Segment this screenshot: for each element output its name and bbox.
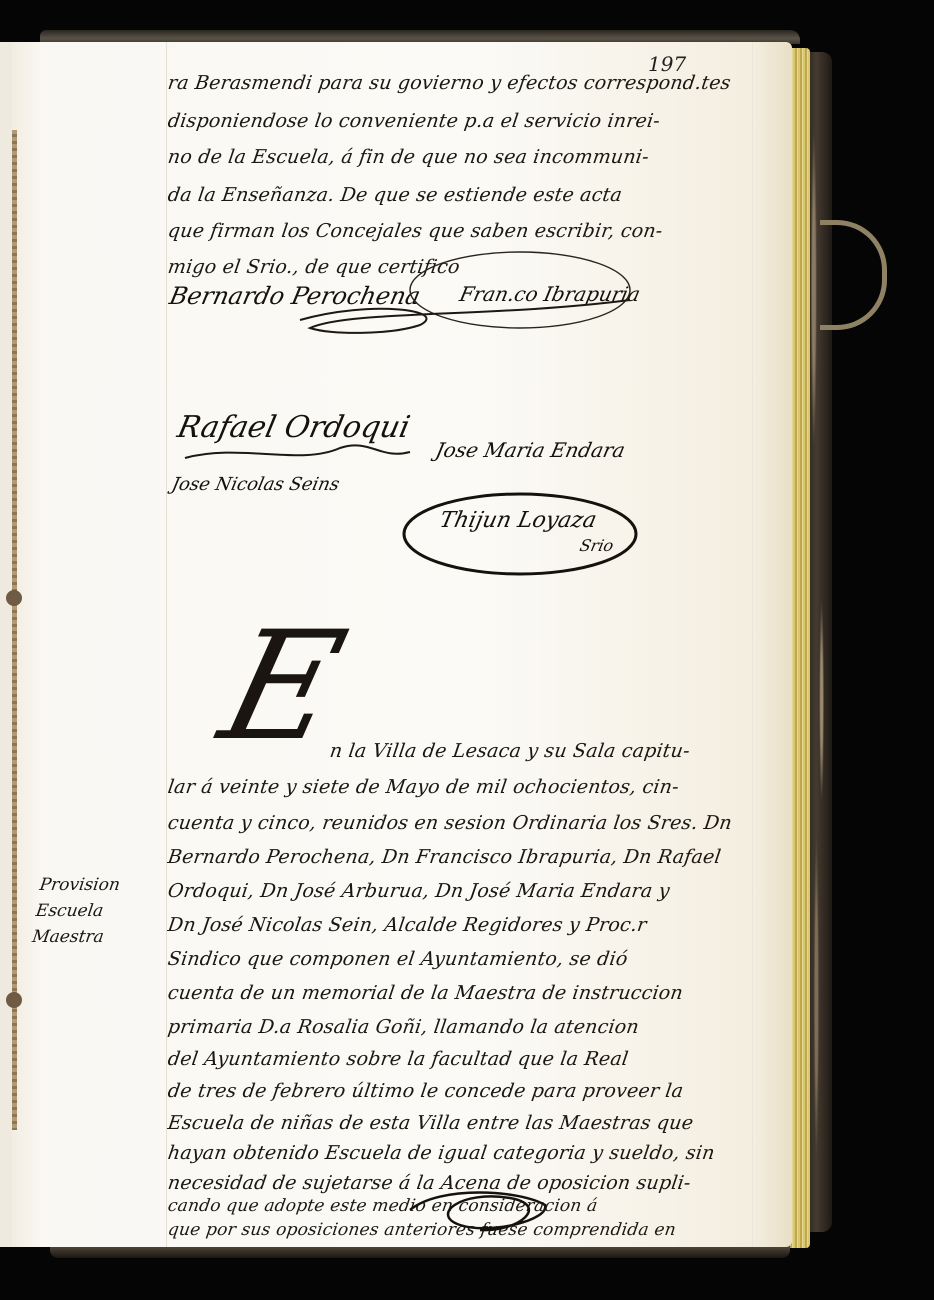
text-line: que firman los Concejales que saben escr… bbox=[166, 220, 664, 242]
text-line: del Ayuntamiento sobre la facultad que l… bbox=[166, 1048, 629, 1070]
text-line: Bernardo Perochena, Dn Francisco Ibrapur… bbox=[166, 846, 722, 868]
text-line: de tres de febrero último le concede par… bbox=[166, 1080, 684, 1102]
text-line: no de la Escuela, á fin de que no sea in… bbox=[166, 146, 650, 168]
text-line: primaria D.a Rosalia Goñi, llamando la a… bbox=[166, 1016, 640, 1038]
margin-note-line: Maestra bbox=[31, 924, 155, 950]
margin-note-line: Escuela bbox=[34, 898, 158, 924]
text-line: ra Berasmendi para su govierno y efectos… bbox=[166, 72, 732, 94]
paraph-flourish bbox=[400, 1180, 560, 1240]
right-margin-rule bbox=[752, 42, 753, 1247]
signature-flourish bbox=[290, 240, 640, 340]
leather-strap-loop bbox=[820, 220, 887, 330]
binding-knot bbox=[6, 992, 22, 1008]
text-line: da la Enseñanza. De que se estiende este… bbox=[166, 184, 623, 206]
text-line: Escuela de niñas de esta Villa entre las… bbox=[166, 1112, 694, 1134]
text-line: lar á veinte y siete de Mayo de mil ocho… bbox=[166, 776, 680, 798]
text-line: Ordoqui, Dn José Arburua, Dn José Maria … bbox=[166, 880, 671, 902]
text-line: Dn José Nicolas Sein, Alcalde Regidores … bbox=[166, 914, 648, 936]
binding-knot bbox=[6, 590, 22, 606]
signature-flourish bbox=[180, 438, 420, 468]
signature-endara: Jose Maria Endara bbox=[433, 438, 627, 462]
text-line: hayan obtenido Escuela de igual categori… bbox=[166, 1142, 716, 1164]
text-line: disponiendose lo conveniente p.a el serv… bbox=[166, 110, 661, 132]
binding-thread bbox=[12, 130, 17, 1130]
text-line: n la Villa de Lesaca y su Sala capitu- bbox=[328, 740, 691, 762]
margin-note-line: Provision bbox=[38, 872, 162, 898]
text-line: Sindico que componen el Ayuntamiento, se… bbox=[166, 948, 629, 970]
signature-flourish bbox=[400, 486, 650, 586]
margin-note: Provision Escuela Maestra bbox=[31, 872, 162, 950]
text-line: cuenta y cinco, reunidos en sesion Ordin… bbox=[166, 812, 733, 834]
signature-sein: Jose Nicolas Seins bbox=[170, 474, 342, 495]
text-line: cuenta de un memorial de la Maestra de i… bbox=[166, 982, 684, 1004]
